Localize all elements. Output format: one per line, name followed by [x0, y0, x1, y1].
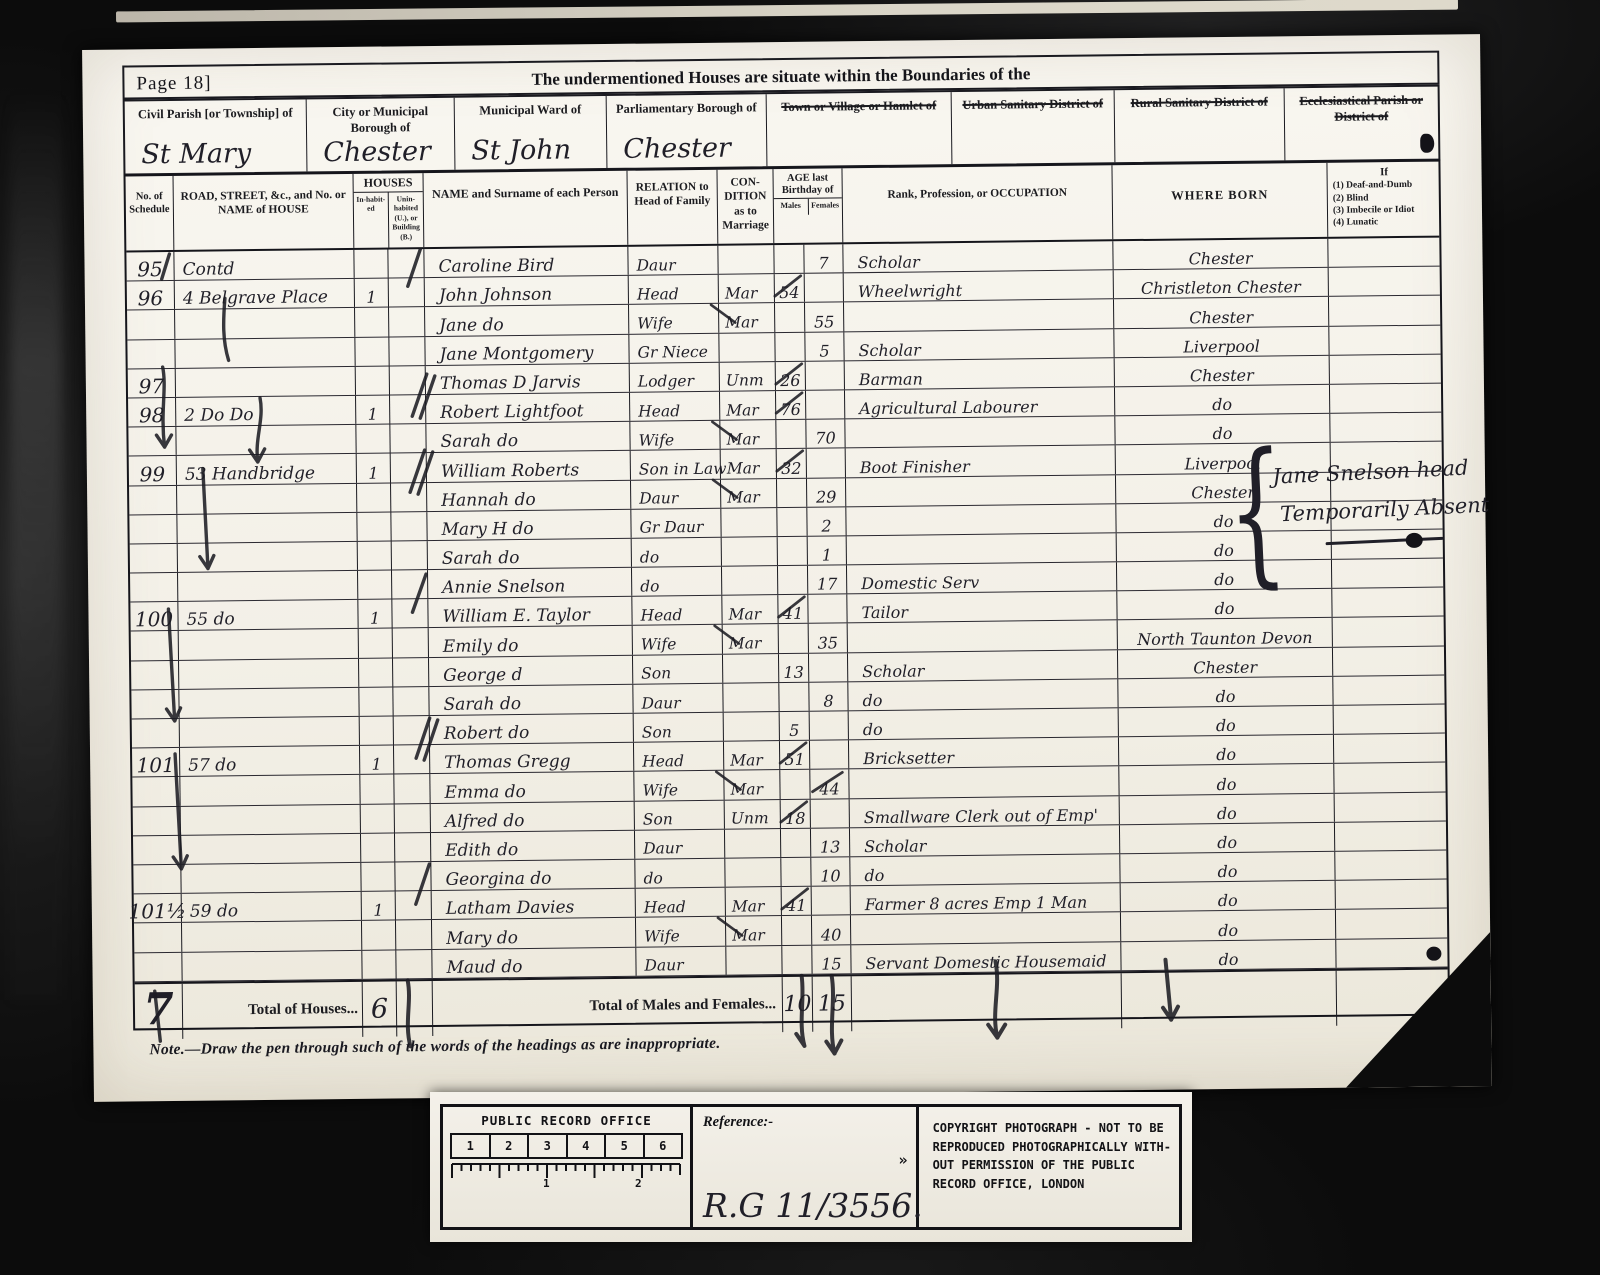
cell-occupation: Barman	[845, 358, 1115, 389]
cell-person-name: Robert Lightfoot	[426, 393, 630, 423]
cell-uninhabited	[396, 920, 432, 949]
cell-infirmity	[1332, 588, 1443, 617]
cell-age-male	[777, 478, 807, 507]
cell-schedule-number: 101½	[134, 894, 182, 923]
cell-relation: Daur	[631, 479, 721, 508]
cell-schedule-number: 99	[129, 456, 177, 485]
cell-condition: Mar	[722, 595, 778, 624]
cell-relation: Wife	[634, 771, 724, 800]
public-record-office-stamp: PUBLIC RECORD OFFICE 1 2 3 4 5 6 1 2 Ref…	[430, 1092, 1192, 1242]
cell-age-female: 55	[805, 303, 844, 332]
parliamentary-borough-label: Parliamentary Borough of	[607, 99, 766, 117]
cell-relation: do	[632, 538, 722, 567]
cell-relation: do	[632, 567, 722, 596]
cell-person-name: Mary H do	[427, 509, 631, 539]
cell-person-name: William E. Taylor	[428, 597, 632, 627]
cell-age-female: 44	[810, 770, 849, 799]
cell-inhabited	[359, 658, 393, 687]
cell-age-female: 35	[809, 624, 848, 653]
cell-condition: Unm	[725, 800, 781, 829]
cell-schedule-number	[131, 690, 179, 719]
cell-condition: Mar	[721, 479, 777, 508]
cell-inhabited	[355, 308, 389, 337]
cell-where-born: do	[1115, 414, 1330, 445]
cell-age-male	[781, 858, 811, 887]
cell-condition: Mar	[726, 916, 782, 945]
cell-occupation: Scholar	[850, 825, 1120, 856]
infirmity-title: If	[1332, 165, 1435, 180]
cell-schedule-number	[129, 485, 177, 514]
cell-infirmity	[1333, 646, 1444, 675]
cell-infirmity	[1334, 734, 1445, 763]
cell-occupation	[845, 416, 1115, 447]
cell-relation: Daur	[635, 829, 725, 858]
municipal-ward-label: Municipal Ward of	[455, 101, 606, 119]
cell-age-male	[777, 507, 807, 536]
cell-schedule-number: 98	[128, 398, 176, 427]
cell-road-street	[180, 717, 360, 747]
municipal-borough-cell: City or Municipal Borough of Chester	[307, 98, 456, 172]
cell-schedule-number: 97	[128, 369, 176, 398]
cell-person-name: Emily do	[429, 626, 633, 656]
copyright-line: COPYRIGHT PHOTOGRAPH - NOT TO BE	[933, 1119, 1171, 1138]
urban-sanitary-label: Urban Sanitary District of	[952, 95, 1114, 113]
stamp-office-name: PUBLIC RECORD OFFICE	[450, 1113, 683, 1128]
copyright-text: COPYRIGHT PHOTOGRAPH - NOT TO BE REPRODU…	[919, 1107, 1179, 1227]
cell-occupation	[846, 475, 1116, 506]
cell-schedule-number	[127, 310, 175, 339]
cell-road-street	[181, 863, 361, 893]
cell-infirmity	[1333, 617, 1444, 646]
cell-inhabited	[356, 366, 390, 395]
cell-schedule-number	[131, 631, 179, 660]
cell-age-male	[782, 916, 812, 945]
cell-inhabited	[359, 687, 393, 716]
cell-age-male	[779, 683, 809, 712]
cell-age-male	[781, 828, 811, 857]
cell-infirmity	[1330, 413, 1441, 442]
rural-sanitary-cell: Rural Sanitary District of	[1115, 88, 1286, 162]
reference-number: R.G 11/3556.	[703, 1186, 923, 1225]
cell-uninhabited	[396, 950, 432, 979]
cell-age-female	[805, 274, 844, 303]
cell-condition	[723, 683, 779, 712]
total-males-value: 10	[783, 976, 814, 1031]
cell-condition: Mar	[726, 887, 782, 916]
cell-person-name: Jane do	[425, 305, 629, 335]
cell-where-born: do	[1120, 793, 1335, 824]
cell-schedule-number	[127, 339, 175, 368]
cell-inhabited: 1	[362, 892, 396, 921]
infirmity-item-1: (1) Deaf-and-Dumb	[1333, 179, 1436, 193]
cell-person-name: Latham Davies	[432, 889, 636, 919]
copyright-line: REPRODUCED PHOTOGRAPHICALLY WITH-	[933, 1138, 1171, 1157]
cell-condition	[726, 946, 782, 975]
cell-condition: Mar	[720, 391, 776, 420]
cell-inhabited: 1	[360, 746, 394, 775]
cell-occupation	[846, 504, 1116, 535]
cell-relation: Son	[634, 713, 724, 742]
cell-uninhabited	[395, 833, 431, 862]
cell-road-street	[178, 542, 358, 572]
cell-inhabited: 1	[358, 600, 392, 629]
cell-inhabited	[360, 716, 394, 745]
cell-relation: Head	[634, 742, 724, 771]
col-header-infirmity: If (1) Deaf-and-Dumb (2) Blind (3) Imbec…	[1327, 162, 1439, 237]
cell-condition: Mar	[719, 274, 775, 303]
cell-where-born: do	[1117, 589, 1332, 620]
cell-age-female: 17	[808, 565, 847, 594]
cell-relation: Son	[635, 800, 725, 829]
cell-road-street: 59 do	[182, 892, 362, 922]
cell-condition	[725, 829, 781, 858]
cell-age-male: 26	[776, 362, 806, 391]
cell-person-name: George d	[429, 655, 633, 685]
cell-where-born: do	[1121, 881, 1336, 912]
cell-condition: Mar	[724, 741, 780, 770]
houses-group-title: HOUSES	[354, 173, 423, 193]
cell-infirmity	[1330, 384, 1441, 413]
scale-number: 2	[491, 1135, 530, 1157]
cell-inhabited	[356, 425, 390, 454]
cell-infirmity	[1336, 880, 1447, 909]
cell-condition	[719, 333, 775, 362]
cell-relation: Gr Daur	[631, 508, 721, 537]
col-header-males: Males	[774, 199, 809, 215]
cell-where-born: do	[1117, 560, 1332, 591]
col-header-uninhabited: Unin-habited (U.), or Building (B.)	[389, 192, 424, 247]
cell-schedule-number	[133, 836, 181, 865]
cell-uninhabited	[396, 891, 432, 920]
cell-relation: Head	[636, 888, 726, 917]
cell-road-street	[179, 658, 359, 688]
cell-age-female	[806, 390, 845, 419]
cell-age-male	[778, 537, 808, 566]
cell-relation: Head	[630, 392, 720, 421]
cell-infirmity	[1329, 325, 1440, 354]
cell-inhabited	[359, 629, 393, 658]
cell-person-name: Georgina do	[431, 860, 635, 890]
cell-age-male	[778, 566, 808, 595]
scale-number: 4	[568, 1135, 607, 1157]
cell-occupation: do	[849, 708, 1119, 739]
cell-relation: Wife	[636, 917, 726, 946]
cell-road-street: 53 Handbridge	[177, 454, 357, 484]
cell-person-name: Robert do	[430, 714, 634, 744]
cell-uninhabited	[395, 804, 431, 833]
total-males-females-label: Total of Males and Females...	[433, 977, 784, 1036]
col-header-name: NAME and Surname of each Person	[423, 171, 628, 247]
cell-uninhabited	[395, 862, 431, 891]
cell-relation: Daur	[628, 246, 718, 275]
scale-number: 6	[645, 1135, 682, 1157]
cell-age-female	[812, 886, 851, 915]
cell-uninhabited	[393, 658, 429, 687]
total-houses-value: 6	[363, 981, 398, 1036]
cell-infirmity	[1335, 792, 1446, 821]
cell-uninhabited	[389, 278, 425, 307]
census-rows: 95 Contd Caroline Bird Daur 7 Scholar Ch…	[126, 238, 1447, 983]
total-schedule-mark: 7	[135, 984, 184, 1040]
scale-number: 5	[606, 1135, 645, 1157]
infirmity-item-3: (3) Imbecile or Idiot	[1333, 204, 1436, 218]
cell-inhabited: 1	[355, 279, 389, 308]
municipal-ward-cell: Municipal Ward of St John	[455, 96, 608, 170]
cell-age-male	[780, 770, 810, 799]
cell-where-born: do	[1119, 735, 1334, 766]
cell-relation: Lodger	[630, 363, 720, 392]
municipal-borough-label: City or Municipal Borough of	[307, 103, 454, 137]
cell-road-street: 4 Belgrave Place	[175, 279, 355, 309]
cell-age-male: 54	[775, 274, 805, 303]
cell-road-street: 57 do	[180, 746, 360, 776]
cell-uninhabited	[389, 337, 425, 366]
cell-age-male: 18	[781, 799, 811, 828]
cell-schedule-number	[131, 661, 179, 690]
cell-age-female: 13	[811, 828, 850, 857]
urban-sanitary-cell: Urban Sanitary District of	[952, 90, 1116, 164]
cell-age-female	[811, 799, 850, 828]
cell-road-street: 2 Do Do	[176, 396, 356, 426]
cell-uninhabited	[392, 541, 428, 570]
col-header-schedule: No. of Schedule	[126, 176, 175, 251]
cell-age-male	[774, 245, 804, 274]
cell-person-name: Sarah do	[428, 539, 632, 569]
cell-condition: Mar	[719, 303, 775, 332]
cell-condition	[718, 245, 774, 274]
cell-road-street	[181, 804, 361, 834]
cell-occupation: Scholar	[848, 650, 1118, 681]
col-header-condition: CON-DITION as to Marriage	[717, 169, 774, 244]
civil-parish-value: St Mary	[141, 138, 251, 170]
cell-schedule-number: 95	[126, 252, 174, 281]
cell-relation: Wife	[629, 304, 719, 333]
cell-condition	[722, 566, 778, 595]
cell-occupation	[851, 913, 1121, 944]
cell-schedule-number	[130, 544, 178, 573]
cell-road-street	[182, 921, 362, 951]
cell-infirmity	[1328, 238, 1439, 267]
parliamentary-borough-value: Chester	[623, 133, 731, 165]
cell-uninhabited	[392, 570, 428, 599]
cell-person-name: Hannah do	[427, 480, 631, 510]
cell-person-name: Thomas D Jarvis	[426, 364, 630, 394]
cell-schedule-number	[130, 573, 178, 602]
scale-number: 1	[452, 1135, 491, 1157]
age-group-title: AGE last Birthday of	[773, 168, 841, 198]
cell-where-born: do	[1115, 385, 1330, 416]
cell-person-name: Mary do	[432, 918, 636, 948]
cell-road-street	[176, 367, 356, 397]
scale-number: 3	[529, 1135, 568, 1157]
cell-occupation	[849, 767, 1119, 798]
cell-inhabited	[362, 921, 396, 950]
cell-age-female	[809, 653, 848, 682]
cell-road-street	[177, 513, 357, 543]
cell-road-street	[181, 834, 361, 864]
cell-where-born: do	[1119, 706, 1334, 737]
cell-age-male	[782, 945, 812, 974]
cell-road-street	[176, 425, 356, 455]
col-header-where-born: WHERE BORN	[1112, 163, 1328, 239]
cell-where-born: do	[1120, 852, 1335, 883]
total-females-value: 15	[813, 976, 853, 1031]
col-header-females: Females	[808, 198, 842, 214]
cell-condition: Mar	[723, 625, 779, 654]
cell-age-male	[776, 420, 806, 449]
cell-where-born: do	[1121, 910, 1336, 941]
col-header-road: ROAD, STREET, &c., and No. or NAME of HO…	[174, 174, 355, 250]
cell-person-name: Maud do	[432, 947, 636, 977]
cell-age-male: 13	[779, 653, 809, 682]
cell-occupation: Scholar	[843, 241, 1113, 272]
cell-uninhabited	[388, 249, 424, 278]
cell-condition: Mar	[724, 770, 780, 799]
cell-condition	[721, 508, 777, 537]
cell-infirmity	[1330, 354, 1441, 383]
cell-age-female	[808, 595, 847, 624]
cell-person-name: Edith do	[431, 830, 635, 860]
cell-where-born: North Taunton Devon	[1118, 618, 1333, 649]
cell-condition	[723, 654, 779, 683]
cell-age-female: 5	[805, 332, 844, 361]
cell-schedule-number: 96	[127, 281, 175, 310]
cell-uninhabited	[392, 599, 428, 628]
cell-age-female: 2	[807, 507, 846, 536]
cell-where-born: do	[1121, 939, 1336, 970]
cell-age-male	[775, 303, 805, 332]
cell-person-name: Emma do	[430, 772, 634, 802]
municipal-ward-value: St John	[471, 134, 571, 166]
stamp-ruler: 1 2	[450, 1161, 684, 1189]
cell-inhabited: 1	[357, 454, 391, 483]
town-village-cell: Town or Village or Hamlet of	[767, 92, 953, 166]
cell-schedule-number	[133, 865, 181, 894]
rural-sanitary-label: Rural Sanitary District of	[1115, 93, 1284, 111]
cell-inhabited	[357, 512, 391, 541]
cell-uninhabited	[390, 366, 426, 395]
copyright-line: RECORD OFFICE, LONDON	[933, 1175, 1171, 1194]
cell-person-name: Sarah do	[426, 422, 630, 452]
svg-text:1: 1	[543, 1177, 550, 1189]
cell-age-female	[807, 449, 846, 478]
cell-uninhabited	[391, 483, 427, 512]
cell-age-male	[775, 332, 805, 361]
cell-where-born: Christleton Chester	[1114, 268, 1329, 299]
reference-label: Reference:-	[703, 1114, 906, 1131]
col-header-age: AGE last Birthday of Males Females	[773, 168, 843, 243]
cell-road-street: Contd	[174, 250, 354, 280]
cell-occupation: Bricksetter	[849, 737, 1119, 768]
cell-occupation: Tailor	[847, 592, 1117, 623]
cell-occupation: Servant Domestic Housemaid	[851, 942, 1121, 973]
cell-uninhabited	[394, 774, 430, 803]
cell-uninhabited	[390, 424, 426, 453]
cell-uninhabited	[394, 745, 430, 774]
ink-blot	[1420, 134, 1434, 153]
cell-schedule-number: 101	[132, 748, 180, 777]
cell-occupation: Domestic Serv	[847, 562, 1117, 593]
cell-relation: do	[635, 859, 725, 888]
infirmity-item-4: (4) Lunatic	[1333, 216, 1436, 230]
cell-infirmity	[1332, 559, 1443, 588]
civil-parish-label: Civil Parish [or Township] of	[125, 104, 306, 122]
cell-occupation: Agricultural Labourer	[845, 387, 1115, 418]
civil-parish-cell: Civil Parish [or Township] of St Mary	[125, 99, 308, 173]
cell-inhabited: 1	[356, 395, 390, 424]
cell-uninhabited	[391, 453, 427, 482]
ink-blot	[1406, 533, 1423, 548]
cell-condition: Unm	[720, 362, 776, 391]
cell-where-born: Chester	[1113, 239, 1328, 270]
cell-road-street	[175, 337, 355, 367]
cell-person-name: Alfred do	[431, 801, 635, 831]
infirmity-item-2: (2) Blind	[1333, 191, 1436, 205]
cell-uninhabited	[393, 629, 429, 658]
cell-where-born: Chester	[1115, 356, 1330, 387]
cell-age-male: 41	[778, 595, 808, 624]
cell-occupation: Boot Finisher	[846, 446, 1116, 477]
ink-blot	[1426, 947, 1441, 961]
cell-where-born: do	[1120, 823, 1335, 854]
cell-age-female	[810, 711, 849, 740]
total-uninhabited-empty	[397, 981, 434, 1036]
cell-age-female: 29	[807, 478, 846, 507]
cell-road-street	[180, 775, 360, 805]
cell-age-male: 32	[777, 449, 807, 478]
cell-age-female	[810, 740, 849, 769]
cell-infirmity	[1329, 267, 1440, 296]
stamp-office-section: PUBLIC RECORD OFFICE 1 2 3 4 5 6 1 2	[443, 1107, 693, 1227]
cell-inhabited	[361, 804, 395, 833]
cell-schedule-number	[134, 952, 182, 981]
cell-uninhabited	[389, 307, 425, 336]
cell-age-male: 51	[780, 741, 810, 770]
total-occupation-empty	[852, 973, 1123, 1031]
total-born-empty	[1122, 970, 1338, 1027]
col-header-houses: HOUSES In-habit-ed Unin-habited (U.), or…	[354, 173, 425, 248]
cell-occupation: Smallware Clerk out of Emp'	[850, 796, 1120, 827]
cell-infirmity	[1335, 821, 1446, 850]
cell-road-street	[182, 950, 362, 980]
total-houses-label: Total of Houses...	[183, 982, 364, 1039]
cell-infirmity	[1336, 909, 1447, 938]
cell-schedule-number	[132, 777, 180, 806]
cell-age-female: 1	[808, 536, 847, 565]
cell-inhabited	[354, 250, 388, 279]
cell-condition: Mar	[721, 449, 777, 478]
col-header-relation: RELATION to Head of Family	[627, 170, 718, 245]
cell-age-male	[779, 624, 809, 653]
cell-infirmity	[1335, 850, 1446, 879]
cell-where-born: Liverpool	[1114, 326, 1329, 357]
cell-relation: Son in Law	[631, 450, 721, 479]
cell-infirmity	[1333, 675, 1444, 704]
cell-schedule-number	[134, 923, 182, 952]
cell-schedule-number	[128, 427, 176, 456]
stamp-reference-section: Reference:- R.G 11/3556. »	[693, 1107, 919, 1227]
cell-occupation	[844, 300, 1114, 331]
cell-relation: Head	[632, 596, 722, 625]
cell-inhabited	[362, 950, 396, 979]
cell-schedule-number	[132, 719, 180, 748]
cell-age-female: 15	[812, 945, 851, 974]
col-header-occupation: Rank, Profession, or OCCUPATION	[842, 165, 1113, 242]
svg-text:2: 2	[635, 1177, 642, 1189]
cell-road-street	[179, 629, 359, 659]
cell-where-born: do	[1119, 764, 1334, 795]
cell-occupation	[847, 533, 1117, 564]
